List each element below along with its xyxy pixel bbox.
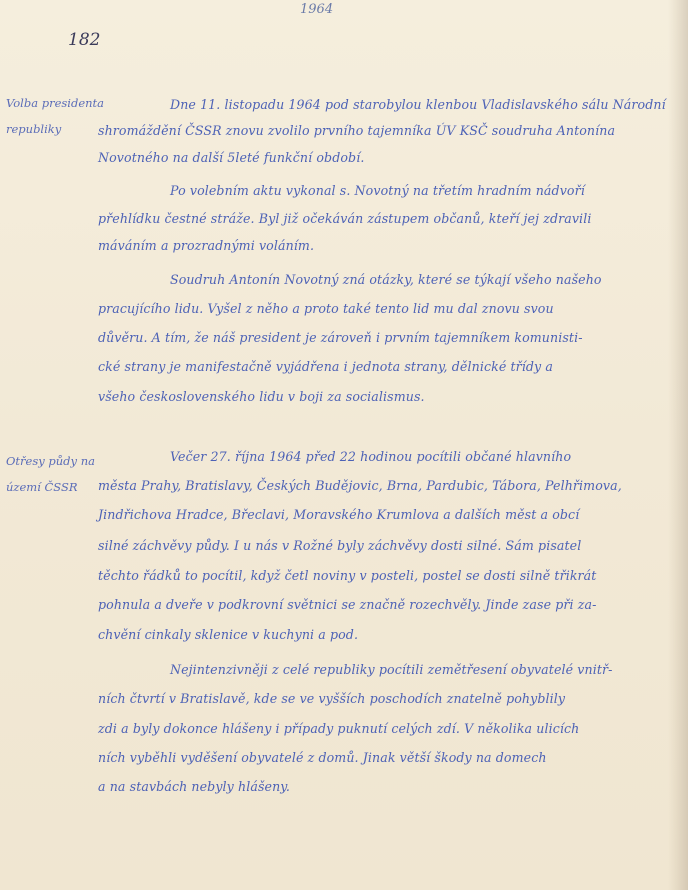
text-line: Dne 11. listopadu 1964 pod starobylou kl… — [170, 97, 688, 112]
text-line: Novotného na další 5leté funkční období. — [98, 150, 678, 165]
margin-note-earthquake: Otřesy půdy na území ČSSR — [6, 448, 98, 500]
chronicle-page: 1964 182 Volba presidenta republiky Dne … — [0, 0, 688, 890]
text-line: Nejintenzivněji z celé republiky pocítil… — [170, 662, 688, 677]
text-line: Večer 27. října 1964 před 22 hodinou poc… — [170, 449, 688, 464]
margin-note-line: území ČSSR — [6, 474, 98, 500]
text-line: Po volebním aktu vykonal s. Novotný na t… — [170, 183, 688, 198]
text-line: silné záchvěvy půdy. I u nás v Rožné byl… — [98, 538, 678, 553]
text-line: zdi a byly dokonce hlášeny i případy puk… — [98, 721, 678, 736]
margin-note-presidential-election: Volba presidenta republiky — [6, 90, 98, 142]
text-line: cké strany je manifestačně vyjádřena i j… — [98, 359, 678, 374]
text-line: těchto řádků to pocítil, když četl novin… — [98, 568, 678, 583]
text-line: pracujícího lidu. Vyšel z něho a proto t… — [98, 301, 678, 316]
text-line: ních čtvrtí v Bratislavě, kde se ve vyšš… — [98, 691, 678, 706]
margin-note-line: Otřesy půdy na — [6, 448, 98, 474]
text-line: ních vyběhli vyděšení obyvatelé z domů. … — [98, 750, 678, 765]
text-line: přehlídku čestné stráže. Byl již očekává… — [98, 211, 678, 226]
text-line: a na stavbách nebyly hlášeny. — [98, 779, 678, 794]
page-year: 1964 — [300, 2, 333, 17]
text-line: máváním a prozradnými voláním. — [98, 238, 678, 253]
text-line: Soudruh Antonín Novotný zná otázky, kter… — [170, 272, 688, 287]
text-line: pohnula a dveře v podkrovní světnici se … — [98, 597, 678, 612]
text-line: všeho československého lidu v boji za so… — [98, 389, 678, 404]
margin-note-line: republiky — [6, 116, 98, 142]
text-line: Jindřichova Hradce, Břeclavi, Moravského… — [98, 507, 678, 522]
text-line: chvění cinkaly sklenice v kuchyni a pod. — [98, 627, 678, 642]
text-line: města Prahy, Bratislavy, Českých Budějov… — [98, 478, 678, 493]
text-line: shromáždění ČSSR znovu zvolilo prvního t… — [98, 123, 678, 138]
page-number: 182 — [68, 30, 100, 50]
margin-note-line: Volba presidenta — [6, 90, 98, 116]
text-line: důvěru. A tím, že náš president je zárov… — [98, 330, 678, 345]
